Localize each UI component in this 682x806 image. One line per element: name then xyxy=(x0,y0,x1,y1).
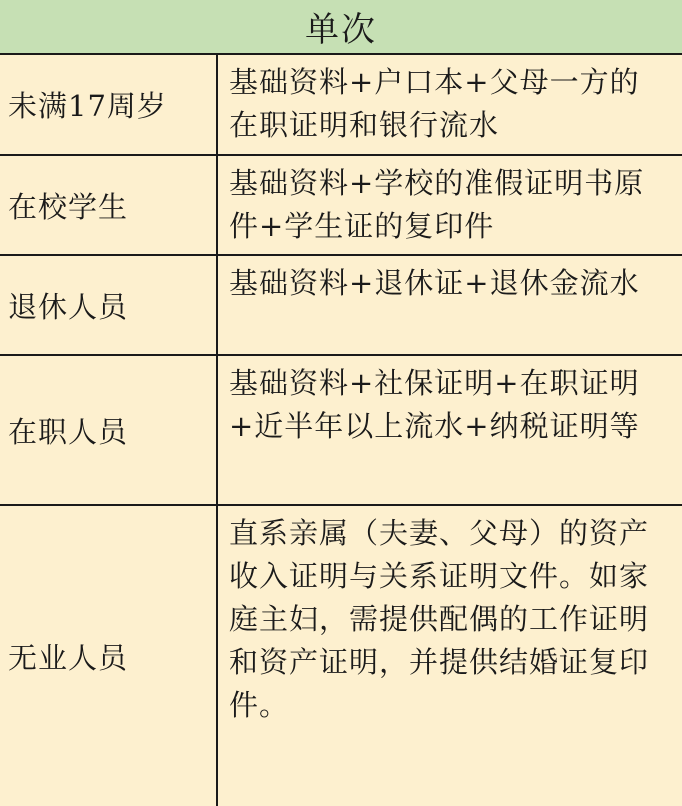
requirements-cell: 基础资料+户口本+父母一方的在职证明和银行流水 xyxy=(219,55,682,154)
table-header-title: 单次 xyxy=(0,0,682,55)
category-cell: 无业人员 xyxy=(0,506,218,806)
requirements-cell: 基础资料+社保证明+在职证明+近半年以上流水+纳税证明等 xyxy=(219,356,682,504)
category-cell: 退休人员 xyxy=(0,256,218,354)
requirements-cell: 基础资料+学校的准假证明书原件+学生证的复印件 xyxy=(219,156,682,254)
requirements-cell: 基础资料+退休证+退休金流水 xyxy=(219,256,682,354)
table-row: 无业人员 直系亲属（夫妻、父母）的资产收入证明与关系证明文件。如家庭主妇，需提供… xyxy=(0,506,682,806)
category-cell: 未满17周岁 xyxy=(0,55,218,154)
category-cell: 在校学生 xyxy=(0,156,218,254)
table-row: 未满17周岁 基础资料+户口本+父母一方的在职证明和银行流水 xyxy=(0,55,682,156)
table-row: 在职人员 基础资料+社保证明+在职证明+近半年以上流水+纳税证明等 xyxy=(0,356,682,506)
category-cell: 在职人员 xyxy=(0,356,218,504)
table-row: 在校学生 基础资料+学校的准假证明书原件+学生证的复印件 xyxy=(0,156,682,256)
table-row: 退休人员 基础资料+退休证+退休金流水 xyxy=(0,256,682,356)
requirements-cell: 直系亲属（夫妻、父母）的资产收入证明与关系证明文件。如家庭主妇，需提供配偶的工作… xyxy=(219,506,682,806)
